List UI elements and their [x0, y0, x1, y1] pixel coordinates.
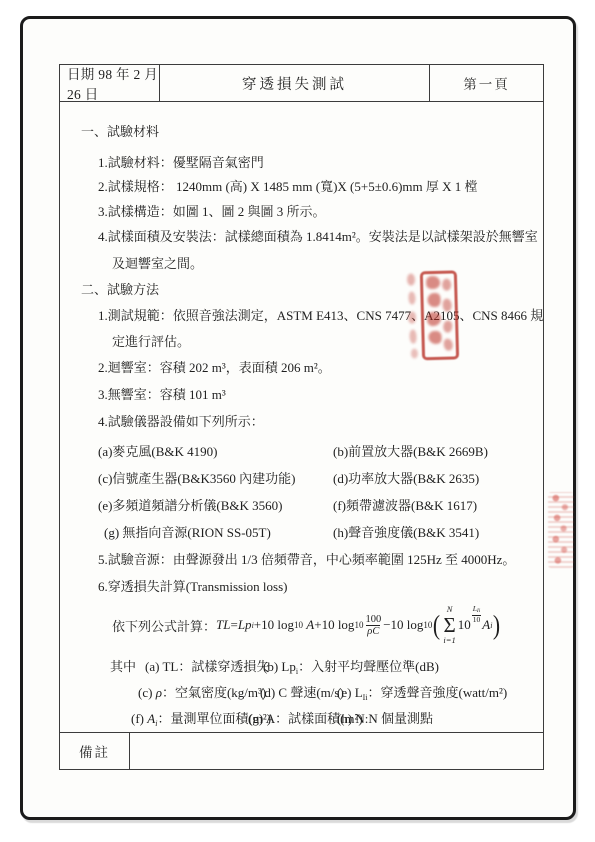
scanned-test-report-page: { "header": { "date": "日期 98 年 2 月 26 日"…: [0, 0, 595, 842]
exponent-numerator: LIi: [473, 605, 481, 615]
formula-log-1: 10 log: [261, 617, 294, 633]
materials-heading: 一、試驗材料: [81, 123, 159, 141]
summation-lower-limit: i=1: [443, 636, 455, 645]
formula-equals: =: [230, 617, 237, 633]
formula-minus: −: [383, 617, 390, 633]
equipment-item-a: (a)麥克風(B&K 4190): [98, 444, 218, 459]
methods-item-6: 6.穿透損失計算(Transmission loss): [98, 578, 287, 596]
formula-area-var: A: [306, 617, 314, 633]
formula-tl: TL: [216, 617, 230, 633]
def-c: (c) ρ：空氣密度(kg/m³): [138, 684, 266, 707]
red-seal-stamp: [408, 268, 460, 364]
def-e-var: L: [355, 685, 363, 700]
date-cell: 日期 98 年 2 月 26 日: [60, 65, 160, 101]
formula-exponent-fraction: LIi10: [472, 605, 482, 624]
formula-log-2: 10 log: [322, 617, 355, 633]
def-e-post: ：穿透聲音強度(watt/m²): [368, 685, 508, 700]
equipment-item-c: (c)信號產生器(B&K3560 內建功能): [98, 471, 296, 486]
materials-item-4-line2: 及迴響室之間。: [112, 255, 203, 273]
def-c-post: ：空氣密度(kg/m³): [162, 685, 266, 700]
materials-item-4-line1: 4.試樣面積及安裝法：試樣總面積為 1.8414m²。安裝法是以試樣架設於無響室: [98, 228, 538, 246]
formula-lp: Lp: [238, 617, 252, 633]
scan-border-frame: 日期 98 年 2 月 26 日 穿透損失測試 第一頁 一、試驗材料 1.試驗材…: [20, 16, 576, 820]
def-b-pre: (b): [263, 659, 281, 674]
report-title: 穿透損失測試: [242, 73, 347, 94]
methods-item-2: 2.迴響室：容積 202 m³，表面積 206 m²。: [98, 359, 331, 377]
def-h: (h) N:N 個量測點: [337, 710, 433, 728]
def-e-pre: (e): [337, 685, 355, 700]
materials-item-3: 3.試樣構造：如圖 1、圖 2 與圖 3 所示。: [98, 203, 326, 221]
formula-fraction-100-rhoC: 100ρC: [365, 614, 381, 637]
def-b: (b) Lpi：入射平均聲壓位準(dB): [263, 658, 439, 681]
formula-plus-1: +: [254, 617, 261, 633]
methods-item-4: 4.試驗儀器設備如下列所示：: [98, 413, 264, 431]
def-f-var: A: [147, 711, 155, 726]
remark-label: 備註: [79, 741, 110, 761]
def-a: (a) TL：試樣穿透損失: [145, 658, 269, 676]
fraction-denominator: ρC: [366, 625, 380, 637]
def-b-post: ：入射平均聲壓位準(dB): [298, 659, 439, 674]
def-f-pre: (f): [131, 711, 147, 726]
transmission-loss-formula: 依下列公式計算： TL = Lpi +10 log10 A +10 log10 …: [112, 601, 501, 649]
page-number: 第一頁: [463, 73, 510, 93]
methods-heading: 二、試驗方法: [81, 281, 159, 299]
equipment-row-3: (e)多頻道頻譜分析儀(B&K 3560) (f)頻帶濾波器(B&K 1617): [98, 497, 543, 515]
remark-label-cell: 備註: [60, 733, 130, 769]
def-b-var: Lp: [281, 659, 295, 674]
formula-summation: NΣi=1: [443, 605, 455, 645]
remark-content-cell: [130, 733, 543, 769]
def-e: (e) LIi：穿透聲音強度(watt/m²): [337, 684, 507, 707]
sigma-symbol: Σ: [443, 614, 455, 636]
materials-item-1: 1.試驗材料：優墅隔音氣密門: [98, 154, 264, 172]
equipment-row-2: (c)信號產生器(B&K3560 內建功能) (d)功率放大器(B&K 2635…: [98, 470, 543, 488]
equipment-item-d: (d)功率放大器(B&K 2635): [333, 470, 479, 488]
report-body-cell: 一、試驗材料 1.試驗材料：優墅隔音氣密門 2.試樣規格： 1240mm (高)…: [60, 101, 543, 733]
formula-close-paren: ): [493, 612, 500, 639]
formula-open-paren: (: [433, 612, 440, 639]
formula-log-3: 10 log: [391, 617, 424, 633]
remark-row: 備註: [60, 732, 543, 769]
materials-item-2: 2.試樣規格： 1240mm (高) X 1485 mm (寬)X (5+5±0…: [98, 178, 478, 196]
equipment-row-1: (a)麥克風(B&K 4190) (b)前置放大器(B&K 2669B): [98, 443, 543, 461]
formula-plus-2: +: [314, 617, 321, 633]
exponent-denominator: 10: [472, 615, 482, 624]
fraction-numerator: 100: [365, 614, 381, 625]
formula-log-base-3: 10: [423, 620, 432, 630]
formula-log-base-1: 10: [294, 620, 303, 630]
formula-ai-var: A: [482, 617, 490, 633]
methods-item-1-line2: 定進行評估。: [112, 333, 190, 351]
page-number-cell: 第一頁: [429, 65, 543, 101]
formula-power-base: 10: [458, 617, 471, 633]
where-lead: 其中: [110, 658, 136, 676]
report-date: 日期 98 年 2 月 26 日: [67, 63, 159, 103]
formula-intro: 依下列公式計算：: [112, 616, 216, 635]
methods-item-5: 5.試驗音源：由聲源發出 1/3 倍頻帶音，中心頻率範圍 125Hz 至 400…: [98, 551, 515, 569]
formula-log-base-2: 10: [354, 620, 363, 630]
equipment-item-h: (h)聲音強度儀(B&K 3541): [333, 524, 479, 542]
def-d: (d) C 聲速(m/s): [260, 684, 344, 702]
methods-item-1-line1: 1.測試規範：依照音強法測定，ASTM E413、CNS 7477、A2105、…: [98, 307, 543, 325]
red-seal-fragment: [548, 492, 574, 568]
exponent-numerator-sub: Ii: [477, 608, 480, 614]
equipment-row-4: (g) 無指向音源(RION SS-05T) (h)聲音強度儀(B&K 3541…: [104, 524, 543, 542]
equipment-item-b: (b)前置放大器(B&K 2669B): [333, 443, 488, 461]
report-table: 日期 98 年 2 月 26 日 穿透損失測試 第一頁 一、試驗材料 1.試驗材…: [59, 64, 544, 770]
equipment-item-f: (f)頻帶濾波器(B&K 1617): [333, 497, 477, 515]
table-header-row: 日期 98 年 2 月 26 日 穿透損失測試 第一頁: [60, 65, 543, 102]
title-cell: 穿透損失測試: [160, 65, 429, 101]
methods-item-3: 3.無響室：容積 101 m³: [98, 386, 226, 404]
def-c-pre: (c): [138, 685, 156, 700]
equipment-item-g: (g) 無指向音源(RION SS-05T): [104, 525, 271, 540]
equipment-item-e: (e)多頻道頻譜分析儀(B&K 3560): [98, 498, 283, 513]
